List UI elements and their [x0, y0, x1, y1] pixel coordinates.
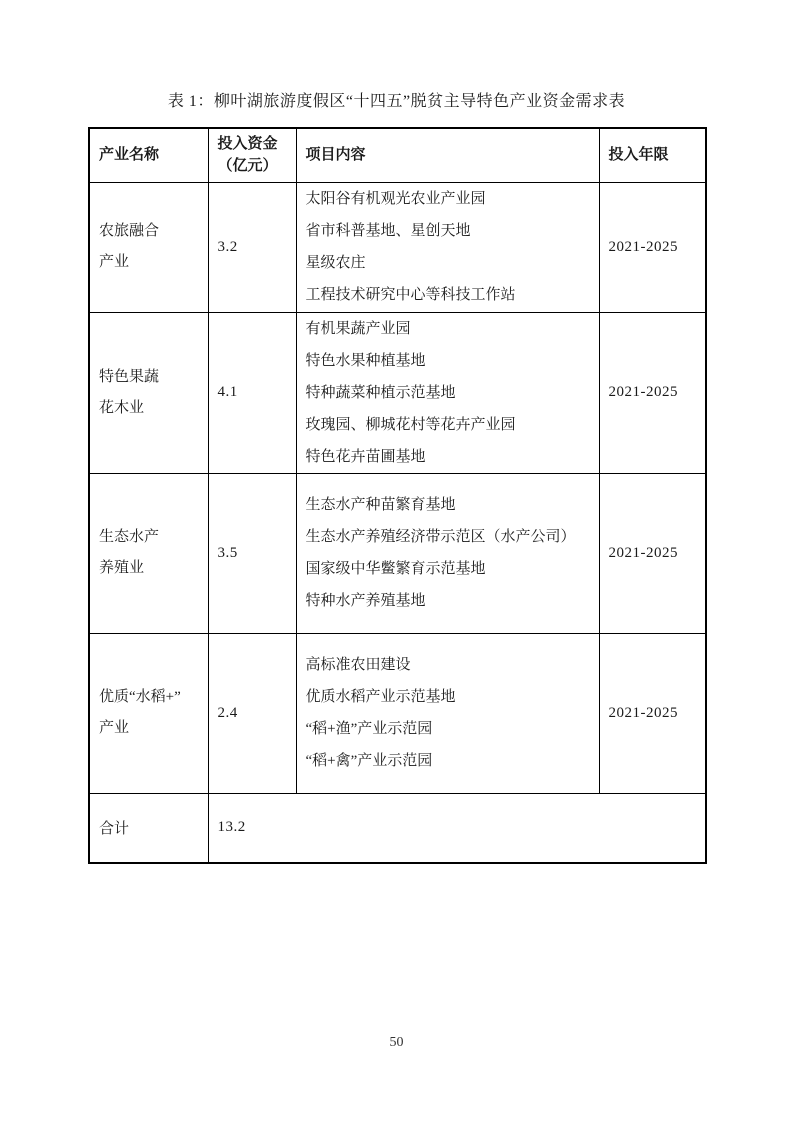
total-label-cell: 合计	[89, 793, 208, 863]
investment-cell: 3.5	[208, 473, 296, 633]
project-item: 有机果蔬产业园	[306, 313, 595, 345]
header-industry-name: 产业名称	[89, 128, 208, 182]
project-item: 生态水产种苗繁育基地	[306, 489, 595, 521]
projects-cell: 太阳谷有机观光农业产业园 省市科普基地、星创天地 星级农庄 工程技术研究中心等科…	[296, 182, 599, 312]
funding-requirements-table: 产业名称 投入资金 （亿元） 项目内容 投入年限 农旅融合 产业 3.2 太阳谷…	[88, 127, 707, 864]
table-row-agritourism: 农旅融合 产业 3.2 太阳谷有机观光农业产业园 省市科普基地、星创天地 星级农…	[89, 182, 706, 312]
project-item: 省市科普基地、星创天地	[306, 215, 595, 247]
table-row-total: 合计 13.2	[89, 793, 706, 863]
industry-name-cell: 农旅融合 产业	[89, 182, 208, 312]
years-cell: 2021-2025	[599, 182, 706, 312]
industry-name-cell: 优质“水稻+” 产业	[89, 633, 208, 793]
document-page: 表 1：柳叶湖旅游度假区“十四五”脱贫主导特色产业资金需求表 产业名称 投入资金…	[0, 0, 793, 1122]
project-item: “稻+禽”产业示范园	[306, 745, 595, 777]
industry-name-cell: 特色果蔬 花木业	[89, 312, 208, 473]
projects-cell: 有机果蔬产业园 特色水果种植基地 特种蔬菜种植示范基地 玫瑰园、柳城花村等花卉产…	[296, 312, 599, 473]
years-cell: 2021-2025	[599, 473, 706, 633]
project-item: 工程技术研究中心等科技工作站	[306, 279, 595, 311]
total-value-cell: 13.2	[208, 793, 706, 863]
projects-cell: 高标准农田建设 优质水稻产业示范基地 “稻+渔”产业示范园 “稻+禽”产业示范园	[296, 633, 599, 793]
investment-cell: 4.1	[208, 312, 296, 473]
page-number: 50	[0, 1035, 793, 1051]
years-cell: 2021-2025	[599, 633, 706, 793]
table-row-fruit-vegetable-flower: 特色果蔬 花木业 4.1 有机果蔬产业园 特色水果种植基地 特种蔬菜种植示范基地…	[89, 312, 706, 473]
project-item: 高标准农田建设	[306, 649, 595, 681]
investment-cell: 2.4	[208, 633, 296, 793]
project-item: “稻+渔”产业示范园	[306, 713, 595, 745]
table-caption: 表 1：柳叶湖旅游度假区“十四五”脱贫主导特色产业资金需求表	[0, 92, 793, 112]
table-header-row: 产业名称 投入资金 （亿元） 项目内容 投入年限	[89, 128, 706, 182]
investment-cell: 3.2	[208, 182, 296, 312]
project-item: 国家级中华鳖繁育示范基地	[306, 553, 595, 585]
project-item: 玫瑰园、柳城花村等花卉产业园	[306, 409, 595, 441]
project-item: 生态水产养殖经济带示范区（水产公司）	[306, 521, 595, 553]
header-project-content: 项目内容	[296, 128, 599, 182]
project-item: 太阳谷有机观光农业产业园	[306, 183, 595, 215]
header-investment-years: 投入年限	[599, 128, 706, 182]
header-investment-amount: 投入资金 （亿元）	[208, 128, 296, 182]
years-cell: 2021-2025	[599, 312, 706, 473]
project-item: 特种蔬菜种植示范基地	[306, 377, 595, 409]
table-row-aquaculture: 生态水产 养殖业 3.5 生态水产种苗繁育基地 生态水产养殖经济带示范区（水产公…	[89, 473, 706, 633]
project-item: 特种水产养殖基地	[306, 585, 595, 617]
project-item: 优质水稻产业示范基地	[306, 681, 595, 713]
project-item: 特色花卉苗圃基地	[306, 441, 595, 473]
industry-name-cell: 生态水产 养殖业	[89, 473, 208, 633]
project-item: 星级农庄	[306, 247, 595, 279]
project-item: 特色水果种植基地	[306, 345, 595, 377]
table-row-rice-plus: 优质“水稻+” 产业 2.4 高标准农田建设 优质水稻产业示范基地 “稻+渔”产…	[89, 633, 706, 793]
projects-cell: 生态水产种苗繁育基地 生态水产养殖经济带示范区（水产公司） 国家级中华鳖繁育示范…	[296, 473, 599, 633]
